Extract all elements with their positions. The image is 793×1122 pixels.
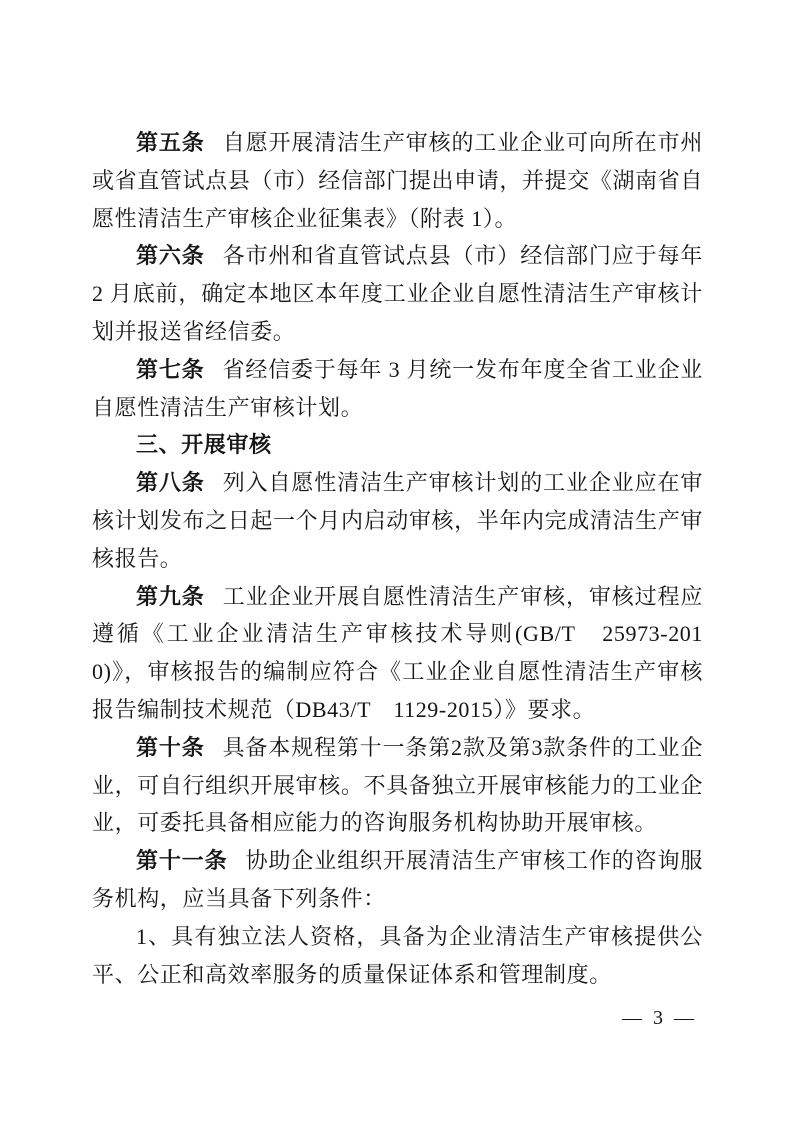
article-number: 第十条 [136, 735, 205, 760]
paragraph: 1、具有独立法人资格，具备为企业清洁生产审核提供公平、公正和高效率服务的质量保证… [92, 918, 703, 994]
paragraph: 第十条具备本规程第十一条第2款及第3款条件的工业企业，可自行组织开展审核。不具备… [92, 729, 703, 842]
article-number: 第七条 [136, 357, 204, 382]
paragraph: 第七条省经信委于每年 3 月统一发布年度全省工业企业自愿性清洁生产审核计划。 [92, 351, 703, 427]
article-number: 第十一条 [136, 848, 228, 873]
article-number: 第六条 [136, 243, 205, 268]
page-number: — 3 — [622, 1007, 697, 1030]
section-heading-text: 三、开展审核 [136, 432, 272, 457]
article-number: 第八条 [136, 470, 205, 495]
paragraph: 第十一条协助企业组织开展清洁生产审核工作的咨询服务机构，应当具备下列条件： [92, 842, 703, 918]
article-number: 第九条 [136, 584, 205, 609]
paragraph-text: 1、具有独立法人资格，具备为企业清洁生产审核提供公平、公正和高效率服务的质量保证… [92, 924, 703, 987]
document-body: 第五条自愿开展清洁生产审核的工业企业可向所在市州或省直管试点县（市）经信部门提出… [92, 124, 703, 993]
paragraph: 第六条各市州和省直管试点县（市）经信部门应于每年 2 月底前，确定本地区本年度工… [92, 237, 703, 350]
document-page: 第五条自愿开展清洁生产审核的工业企业可向所在市州或省直管试点县（市）经信部门提出… [0, 0, 793, 1122]
section-heading: 三、开展审核 [92, 426, 703, 464]
paragraph: 第八条列入自愿性清洁生产审核计划的工业企业应在审核计划发布之日起一个月内启动审核… [92, 464, 703, 577]
paragraph: 第五条自愿开展清洁生产审核的工业企业可向所在市州或省直管试点县（市）经信部门提出… [92, 124, 703, 237]
article-number: 第五条 [136, 130, 205, 155]
paragraph: 第九条工业企业开展自愿性清洁生产审核，审核过程应遵循《工业企业清洁生产审核技术导… [92, 578, 703, 729]
